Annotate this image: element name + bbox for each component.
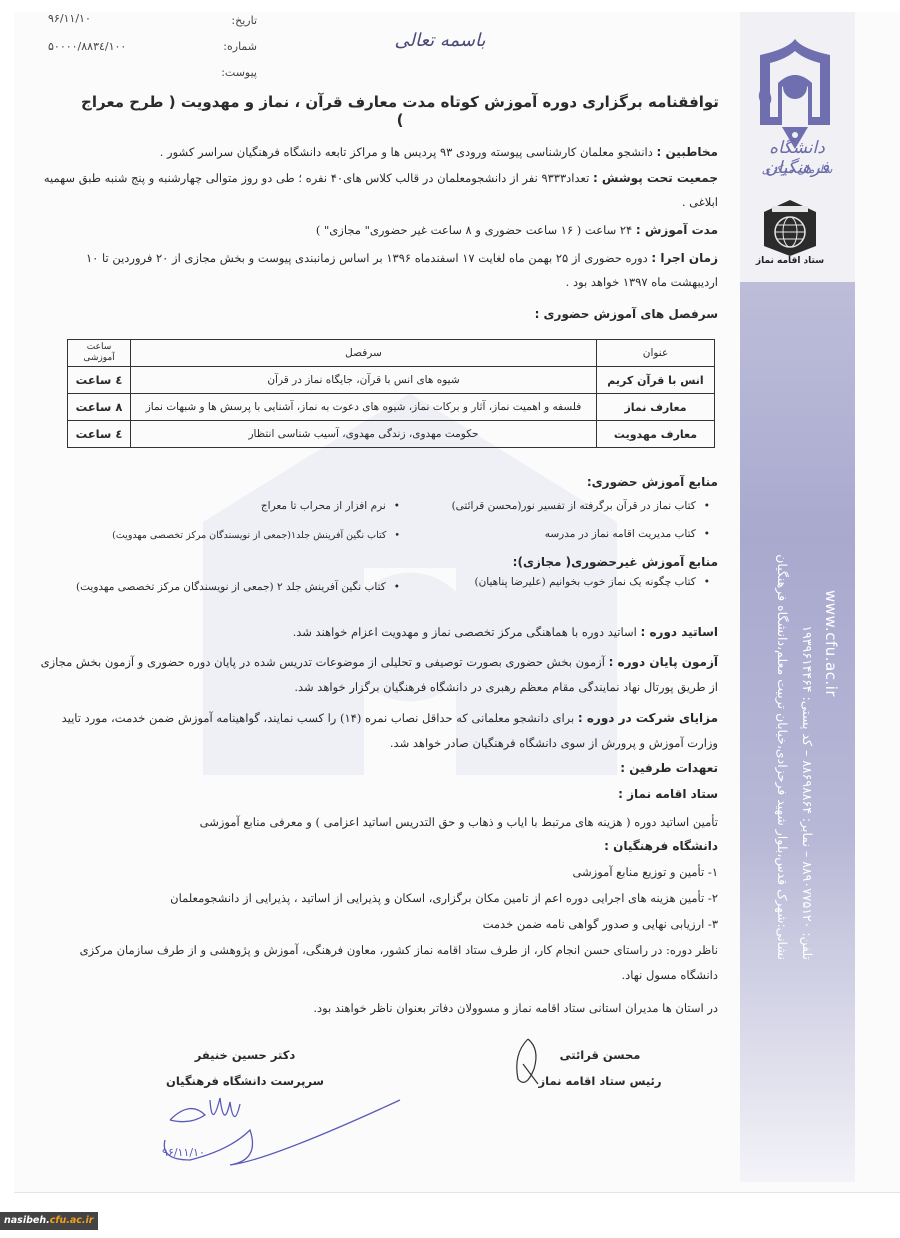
university-subtitle: سازمان مرکزی <box>742 163 852 176</box>
supervisor-text: ناظر دوره: در راستای حسن انجام کار، از ط… <box>40 938 718 988</box>
badge-white-text: nasibeh. <box>4 1215 50 1226</box>
signer-name: محسن قرائتی <box>530 1042 670 1068</box>
row-topics: حکومت مهدوی، زندگی مهدوی، آسیب شناسی انت… <box>131 421 597 448</box>
teachers-label: اساتید دوره : <box>640 625 718 639</box>
handwritten-date: ۹۶/۱۱/۱۰ <box>162 1146 205 1159</box>
site-watermark-badge: nasibeh.cfu.ac.ir <box>0 1212 98 1230</box>
duration-text: ۲۴ ساعت ( ۱۶ ساعت حضوری و ۸ ساعت غیر حضو… <box>316 223 632 237</box>
number-label: شماره: <box>205 40 257 53</box>
signature-scribble-icon <box>508 1034 548 1094</box>
resource-item: کتاب مدیریت اقامه نماز در مدرسه <box>410 528 710 540</box>
online-resources-heading: منابع آموزش غیرحضوری( مجازی): <box>40 550 718 574</box>
syllabus-heading: سرفصل های آموزش حضوری : <box>40 302 718 326</box>
attachment-label: پیوست: <box>205 66 257 79</box>
row-hours: ٤ ساعت <box>68 367 131 394</box>
row-topics: شیوه های انس با قرآن، جایگاه نماز در قرآ… <box>131 367 597 394</box>
inperson-resources-heading: منابع آموزش حضوری: <box>40 470 718 494</box>
party2-item: ۱- تأمین و توزیع منابع آموزشی <box>40 860 718 884</box>
table-row: معارف نماز فلسفه و اهمیت نماز، آثار و بر… <box>68 394 715 421</box>
audience-text: دانشجو معلمان کارشناسی پیوسته ورودی ۹۳ پ… <box>160 145 653 159</box>
party2-heading: دانشگاه فرهنگیان : <box>40 834 718 858</box>
population-section: جمعیت تحت پوشش : تعداد۹۳۳۳ نفر از دانشجو… <box>40 166 718 214</box>
audience-section: مخاطبین : دانشجو معلمان کارشناسی پیوسته … <box>40 140 718 164</box>
schedule-section: زمان اجرا : دوره حضوری از ۲۵ بهمن ماه لغ… <box>40 246 718 294</box>
header-hours: ساعت آموزشی <box>68 340 131 367</box>
document-title: توافقنامه برگزاری دوره آموزش کوتاه مدت م… <box>80 93 720 129</box>
exam-label: آزمون پایان دوره : <box>609 655 718 669</box>
row-title: معارف مهدویت <box>597 421 715 448</box>
date-label: تاریخ: <box>205 14 257 27</box>
table-row: معارف مهدویت حکومت مهدوی، زندگی مهدوی، آ… <box>68 421 715 448</box>
benefits-label: مزایای شرکت در دوره : <box>578 711 718 725</box>
resource-item: کتاب نماز در قرآن برگرفته از تفسیر نور(م… <box>410 500 710 512</box>
exam-section: آزمون پایان دوره : آزمون بخش حضوری بصورت… <box>40 650 718 700</box>
header-title: عنوان <box>597 340 715 367</box>
syllabus-table: عنوان سرفصل ساعت آموزشی انس با قرآن کریم… <box>67 339 715 448</box>
table-header-row: عنوان سرفصل ساعت آموزشی <box>68 340 715 367</box>
party2-item: ۲- تأمین هزینه های اجرایی دوره اعم از تا… <box>40 886 718 910</box>
schedule-text: دوره حضوری از ۲۵ بهمن ماه لغایت ۱۷ اسفند… <box>86 251 718 289</box>
audience-label: مخاطبین : <box>657 145 718 159</box>
teachers-text: اساتید دوره با هماهنگی مرکز تخصصی نماز و… <box>293 625 637 639</box>
table-row: انس با قرآن کریم شیوه های انس با قرآن، ج… <box>68 367 715 394</box>
teachers-section: اساتید دوره : اساتید دوره با هماهنگی مرک… <box>40 620 718 644</box>
signer-name: دکتر حسین خنیفر <box>150 1042 340 1068</box>
duration-section: مدت آموزش : ۲۴ ساعت ( ۱۶ ساعت حضوری و ۸ … <box>40 218 718 242</box>
date-value: ۹۶/۱۱/۱۰ <box>48 12 158 25</box>
resource-item: کتاب نگین آفرینش جلد۱(جمعی از نویسندگان … <box>40 530 400 541</box>
signature-block-right: محسن قرائتی رئیس ستاد اقامه نماز <box>530 1042 670 1094</box>
number-value: ۵۰۰۰۰/۸۸۳٤/۱۰۰ <box>48 40 158 53</box>
population-label: جمعیت تحت پوشش : <box>593 171 718 185</box>
namaz-logo-label: ستاد اقامه نماز <box>752 256 828 266</box>
badge-orange-text: cfu.ac.ir <box>50 1215 94 1226</box>
resource-item: کتاب نگین آفرینش جلد ۲ (جمعی از نویسندگا… <box>70 576 400 598</box>
row-hours: ٤ ساعت <box>68 421 131 448</box>
party2-item: ۳- ارزیابی نهایی و صدور گواهی نامه ضمن خ… <box>40 912 718 936</box>
signer-title: رئیس ستاد اقامه نماز <box>530 1068 670 1094</box>
handwritten-signature-icon: ۹۶/۱۱/۱۰ <box>150 1090 410 1170</box>
namaz-headquarters-logo-icon <box>762 198 818 258</box>
obligations-heading: تعهدات طرفین : <box>40 756 718 780</box>
party1-heading: ستاد اقامه نماز : <box>40 782 718 806</box>
resource-item: کتاب چگونه یک نماز خوب بخوانیم (علیرضا پ… <box>410 576 710 588</box>
schedule-label: زمان اجرا : <box>651 251 718 265</box>
row-hours: ۸ ساعت <box>68 394 131 421</box>
header-topics: سرفصل <box>131 340 597 367</box>
row-topics: فلسفه و اهمیت نماز، آثار و برکات نماز، ش… <box>131 394 597 421</box>
party1-text: تأمین اساتید دوره ( هزینه های مرتبط با ا… <box>40 810 718 834</box>
row-title: معارف نماز <box>597 394 715 421</box>
bismillah-heading: باسمه تعالی <box>390 30 490 51</box>
duration-label: مدت آموزش : <box>636 223 718 237</box>
website-link[interactable]: www.cfu.ac.ir <box>822 590 840 697</box>
row-title: انس با قرآن کریم <box>597 367 715 394</box>
contact-text: تلفن: ۸۸۹۰۷۷۵۱۲۰ – نمابر: ۸۸۶۹۸۸۶۴ – کد … <box>800 310 815 960</box>
address-text: نشانی:شهرک قدس،بلوار شهید فرحزادی،خیابان… <box>775 310 790 960</box>
benefits-section: مزایای شرکت در دوره : برای دانشجو معلمان… <box>40 706 718 756</box>
signature-block-left: دکتر حسین خنیفر سرپرست دانشگاه فرهنگیان <box>150 1042 340 1094</box>
provinces-text: در استان ها مدیران استانی ستاد اقامه نما… <box>40 996 718 1020</box>
resource-item: نرم افزار از محراب تا معراج <box>150 500 400 512</box>
